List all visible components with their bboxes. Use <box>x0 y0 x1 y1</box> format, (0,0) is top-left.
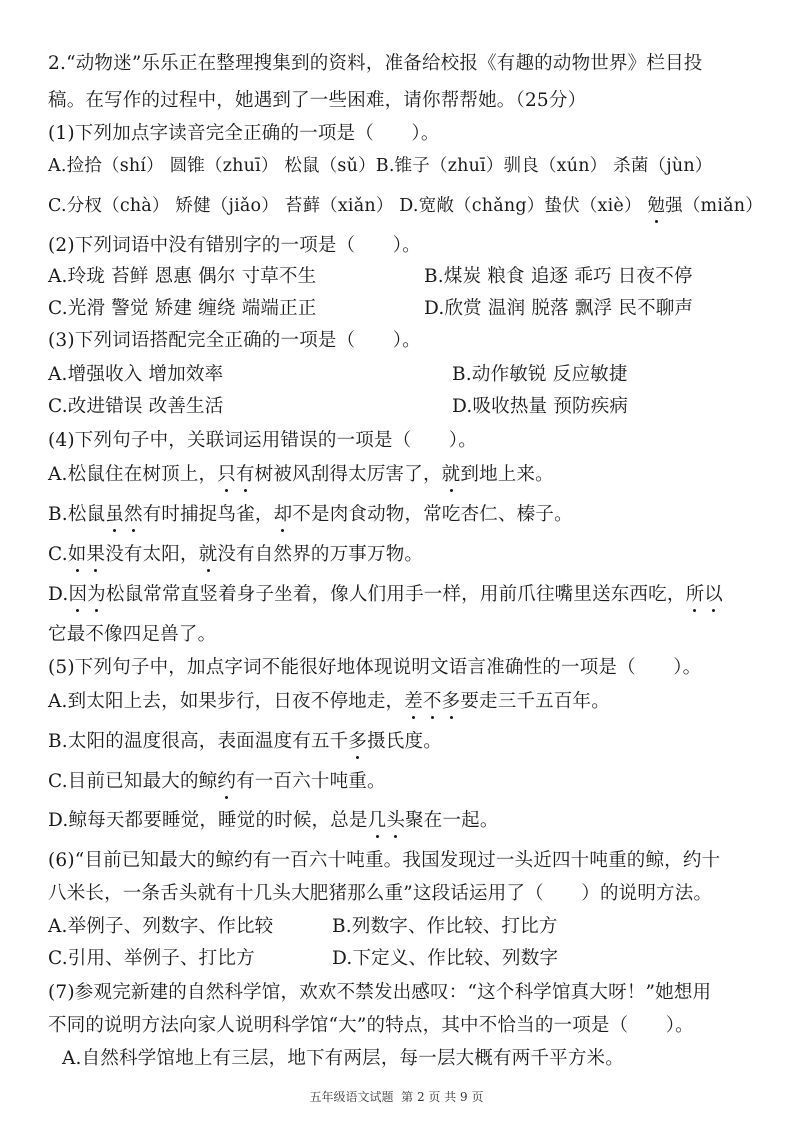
emphasis-dot-char: 为 <box>87 583 106 607</box>
q3-option-d: D.吸收热量 预防疾病 <box>452 395 628 419</box>
emphasis-dot-char: 几 <box>368 809 387 833</box>
q6-stem-line2: 八米长，一条舌头就有十几头大肥猪那么重”这段话运用了（ ）的说明方法。 <box>48 882 712 906</box>
emphasis-dot-char: 所 <box>686 583 705 607</box>
emphasis-dot-char: 约 <box>217 770 236 794</box>
emphasis-dot-char: 勉 <box>647 194 665 218</box>
q5-option-d: D.鲸每天都要睡觉，睡觉的时候，总是几头聚在一起。 <box>48 809 499 833</box>
emphasis-dot-char: 就 <box>199 543 218 567</box>
q4-option-b: B.松鼠虽然有时捕捉鸟雀，却不是肉食动物，常吃杏仁、榛子。 <box>48 503 573 527</box>
emphasis-dot-char: 有 <box>236 463 255 487</box>
q2-option-c: C.光滑 警觉 矫建 缠绕 端端正正 <box>48 297 317 321</box>
q7-stem-line1: (7)参观完新建的自然科学馆，欢欢不禁发出感叹：“这个科学馆真大呀！”她想用 <box>48 981 711 1005</box>
emphasis-dot-char: 然 <box>124 503 143 527</box>
q4-stem: (4)下列句子中，关联词运用错误的一项是（ ）。 <box>48 429 477 453</box>
q6-option-a: A.举例子、列数字、作比较 <box>48 915 273 939</box>
q5-option-b: B.太阳的温度很高，表面温度有五千多摄氏度。 <box>48 730 442 754</box>
q3-option-b: B.动作敏锐 反应敏捷 <box>452 363 628 387</box>
question-intro-line2: 稿。在写作的过程中，她遇到了一些困难，请你帮帮她。（25分） <box>48 89 586 113</box>
q2-option-a: A.玲珑 苔鲜 恩惠 偶尔 寸草不生 <box>48 265 316 289</box>
q5-option-c: C.目前已知最大的鲸约有一百六十吨重。 <box>48 770 386 794</box>
emphasis-dot-char: 头 <box>386 809 405 833</box>
question-intro-line1: 2.“动物迷”乐乐正在整理搜集到的资料，准备给校报《有趣的动物世界》栏目投 <box>48 52 702 76</box>
emphasis-dot-char: 却 <box>274 503 293 527</box>
q2-stem: (2)下列词语中没有错别字的一项是（ ）。 <box>48 234 421 258</box>
emphasis-dot-char: 就 <box>442 463 461 487</box>
q7-option-a: A.自然科学馆地上有三层，地下有两层，每一层大概有两千平方米。 <box>62 1047 624 1071</box>
q4-option-a: A.松鼠住在树顶上，只有树被风刮得太厉害了，就到地上来。 <box>48 463 554 487</box>
q2-option-d: D.欣赏 温润 脱落 飘浮 民不聊声 <box>424 297 693 321</box>
emphasis-dot-char: 不 <box>423 690 442 714</box>
q5-option-a: A.到太阳上去，如果步行，日夜不停地走，差不多要走三千五百年。 <box>48 690 610 714</box>
emphasis-dot-char: 多 <box>442 690 461 714</box>
q4-option-d-continued: 它最不像四足兽了。 <box>48 623 216 647</box>
q4-option-d: D.因为松鼠常常直竖着身子坐着，像人们用手一样，用前爪往嘴里送东西吃，所以 <box>48 583 723 607</box>
q3-option-a: A.增强收入 增加效率 <box>48 363 223 387</box>
q6-option-d: D.下定义、作比较、列数字 <box>332 947 558 971</box>
q1-stem: (1)下列加点字读音完全正确的一项是（ ）。 <box>48 122 440 146</box>
q3-stem: (3)下列词语搭配完全正确的一项是（ ）。 <box>48 329 421 353</box>
emphasis-dot-char: 差 <box>404 690 423 714</box>
q4-option-c: C.如果没有太阳，就没有自然界的万事万物。 <box>48 543 423 567</box>
emphasis-dot-char: 果 <box>86 543 105 567</box>
emphasis-dot-char: 如 <box>68 543 87 567</box>
emphasis-dot-char: 虽 <box>105 503 124 527</box>
q7-stem-line2: 不同的说明方法向家人说明科学馆“大”的特点，其中不恰当的一项是（ ）。 <box>48 1014 694 1038</box>
q6-option-c: C.引用、举例子、打比方 <box>48 947 255 971</box>
page-footer: 五年级语文试题 第 2 页 共 9 页 <box>0 1088 793 1105</box>
question-number: 2. <box>48 53 66 74</box>
emphasis-dot-char: 多 <box>348 730 367 754</box>
q5-stem: (5)下列句子中，加点字词不能很好地体现说明文语言准确性的一项是（ ）。 <box>48 656 701 680</box>
emphasis-dot-char: 因 <box>68 583 87 607</box>
q1-options-ab: A.捡拾（shí） 圆锥（zhuī） 松鼠（sǔ）B.锥子（zhuī）驯良（xú… <box>48 154 713 178</box>
q2-option-b: B.煤炭 粮食 追逐 乖巧 日夜不停 <box>424 265 693 289</box>
q6-option-b: B.列数字、作比较、打比方 <box>332 915 558 939</box>
emphasis-dot-char: 以 <box>704 583 723 607</box>
emphasis-dot-char: 只 <box>217 463 236 487</box>
q6-stem-line1: (6)“目前已知最大的鲸约有一百六十吨重。我国发现过一头近四十吨重的鲸，约十 <box>48 849 720 873</box>
q3-option-c: C.改进错误 改善生活 <box>48 395 223 419</box>
q1-options-cd: C.分杈（chà） 矫健（jiǎo） 苔藓（xiǎn） D.宽敞（chǎng）蛰… <box>48 194 763 218</box>
